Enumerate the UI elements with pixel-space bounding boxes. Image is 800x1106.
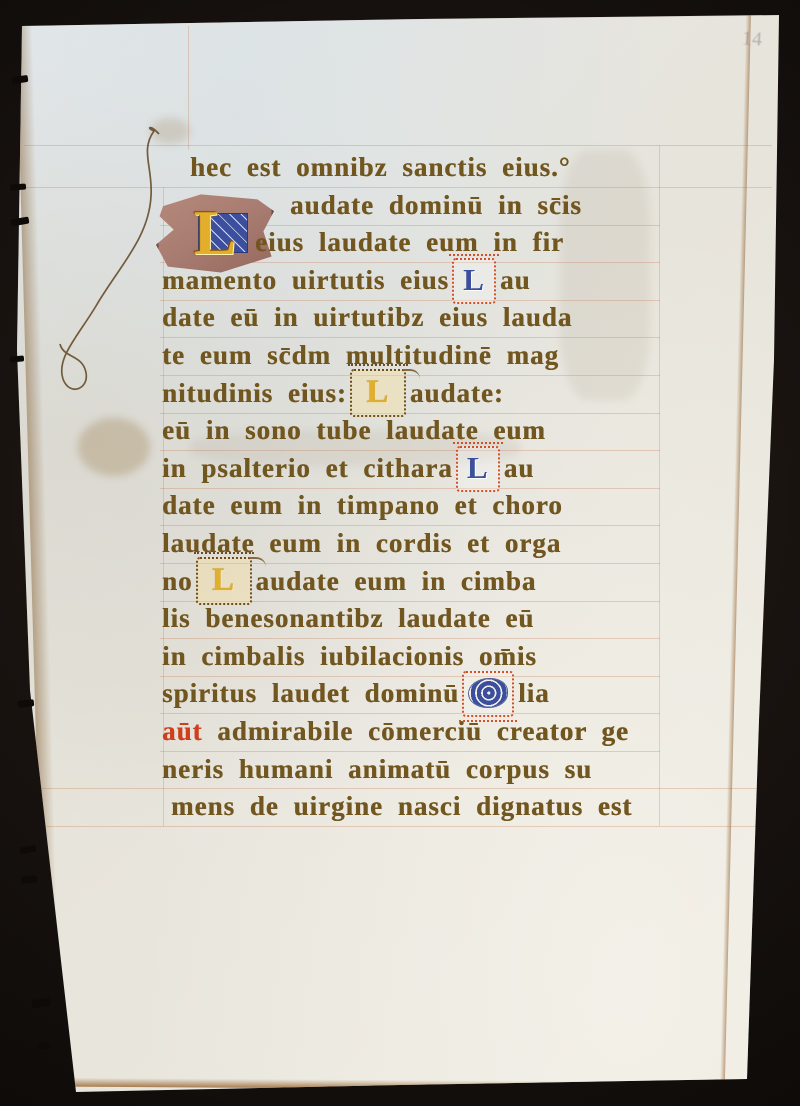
body-text: admirabile cōmerciū creator ge	[203, 716, 629, 746]
body-text: audate eum in cimba	[256, 566, 537, 596]
manuscript-text-line: spiritus laudet dominūlia	[162, 675, 672, 713]
manuscript-text-line: date eū in uirtutibz eius lauda	[162, 299, 672, 337]
binding-stitch	[38, 1042, 50, 1049]
binding-stitch	[10, 355, 24, 362]
manuscript-text-line: te eum sc̄dm multitudinē mag	[162, 337, 672, 375]
leaf-edge-top	[18, 11, 780, 24]
body-text: in psalterio et cithara	[162, 453, 453, 483]
manuscript-text-line: audate dominū in sc̄is	[162, 187, 672, 225]
binding-stitch	[19, 844, 36, 854]
parchment-leaf: L hec est omnibz sanctis eius.°audate do…	[0, 0, 800, 1106]
binding-stitch	[10, 183, 26, 190]
illuminated-initial-L: L	[456, 446, 500, 492]
parchment-stain	[78, 418, 150, 476]
body-text: mens de uirgine nasci dignatus est	[171, 791, 632, 821]
binding-stitch	[18, 699, 35, 708]
parchment-stain	[150, 118, 190, 144]
manuscript-photo: { "scene": { "backdrop_color": "#17110e"…	[0, 0, 800, 1106]
rubric-text: aūt	[162, 716, 203, 746]
body-text: nitudinis eius:	[162, 378, 347, 408]
manuscript-text-line: mens de uirgine nasci dignatus est	[162, 788, 672, 826]
body-text: audate:	[410, 378, 504, 408]
body-text: eius laudate eum in fir	[255, 227, 564, 257]
binding-stitch	[32, 998, 51, 1008]
ruling-line	[188, 26, 189, 150]
body-text: in cimbalis iubilacionis om̄is	[162, 641, 537, 671]
body-text: no	[162, 566, 193, 596]
body-text: audate dominū in sc̄is	[290, 190, 582, 220]
manuscript-text-line: neris humani animatū corpus su	[162, 751, 672, 789]
spiral-ornament	[469, 679, 507, 707]
manuscript-text-line: eius laudate eum in fir	[162, 224, 672, 262]
body-text: au	[500, 265, 531, 295]
manuscript-text-line: in psalterio et citharaLau	[162, 450, 672, 488]
manuscript-text-line: mamento uirtutis eiusLau	[162, 262, 672, 300]
body-text: date eum in timpano et choro	[162, 490, 563, 520]
body-text: lia	[518, 678, 550, 708]
illuminated-initial-g-spiral	[462, 671, 514, 717]
body-text: au	[504, 453, 535, 483]
body-text: lis benesonantibz laudate eū	[162, 603, 534, 633]
manuscript-text-line: hec est omnibz sanctis eius.°	[162, 149, 672, 187]
manuscript-text-line: nitudinis eius:Laudate:	[162, 375, 672, 413]
leaf-edge-right	[720, 14, 751, 1084]
manuscript-text-line: aūt admirabile cōmerciū creator ge	[162, 713, 672, 751]
manuscript-text-line: eū in sono tube laudate eum	[162, 412, 672, 450]
binding-stitch	[21, 875, 38, 884]
body-text: hec est omnibz sanctis eius.°	[190, 152, 571, 182]
manuscript-text-line: in cimbalis iubilacionis om̄is	[162, 638, 672, 676]
body-text: date eū in uirtutibz eius lauda	[162, 302, 572, 332]
text-block: hec est omnibz sanctis eius.°audate domi…	[162, 149, 672, 826]
manuscript-text-line: date eum in timpano et choro	[162, 487, 672, 525]
body-text: neris humani animatū corpus su	[162, 754, 592, 784]
illuminated-initial-L: L	[452, 258, 496, 304]
leaf-edge-bottom	[60, 1078, 760, 1092]
manuscript-text-line: lis benesonantibz laudate eū	[162, 600, 672, 638]
manuscript-text-line: noLaudate eum in cimba	[162, 563, 672, 601]
ruling-line	[24, 826, 772, 827]
body-text: spiritus laudet dominū	[162, 678, 459, 708]
body-text: mamento uirtutis eius	[162, 265, 449, 295]
illuminated-initial-L: L	[196, 557, 252, 605]
illuminated-initial-L: L	[350, 369, 406, 417]
faint-folio-number: 14	[741, 27, 763, 51]
